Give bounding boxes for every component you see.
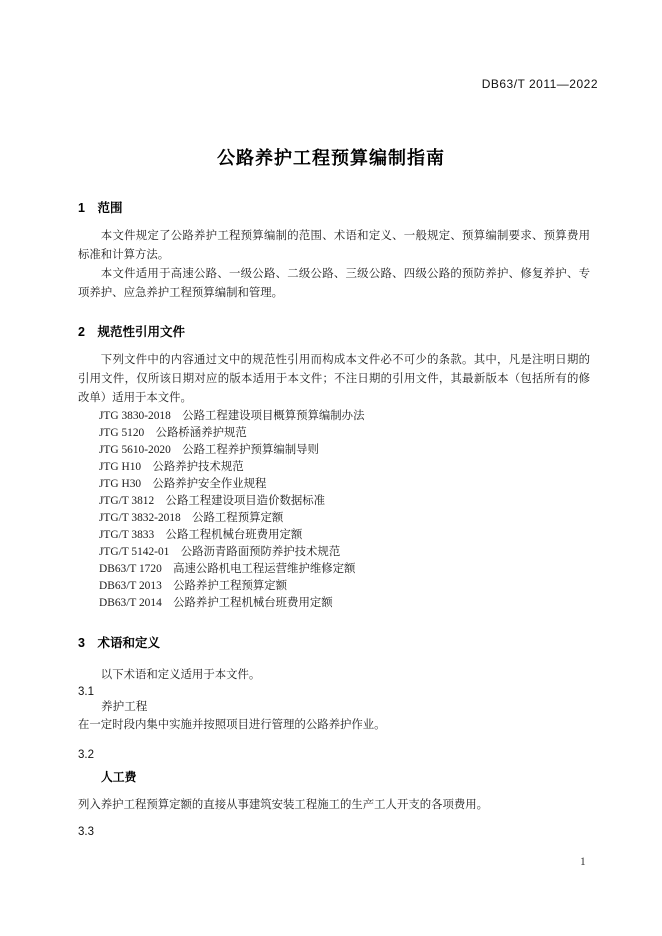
term-number-3-3: 3.3 <box>78 824 94 840</box>
reference-item: JTG/T 5142-01 公路沥青路面预防养护技术规范 <box>99 544 594 561</box>
section-3-intro-paragraph: 以下术语和定义适用于本文件。 <box>78 666 590 685</box>
term-definition-maintenance-project: 在一定时段内集中实施并按照项目进行管理的公路养护作业。 <box>78 716 590 735</box>
term-definition-labor-cost: 列入养护工程预算定额的直接从事建筑安装工程施工的生产工人开支的各项费用。 <box>78 796 590 815</box>
reference-item: JTG/T 3832-2018 公路工程预算定额 <box>99 510 594 527</box>
document-page: DB63/T 2011—2022 公路养护工程预算编制指南 1 范围 本文件规定… <box>0 0 662 936</box>
term-number-3-2: 3.2 <box>78 747 94 763</box>
section-1-heading: 1 范围 <box>78 198 122 216</box>
reference-item: JTG/T 3812 公路工程建设项目造价数据标准 <box>99 493 594 510</box>
reference-item: DB63/T 1720 高速公路机电工程运营维护维修定额 <box>99 561 594 578</box>
page-number: 1 <box>580 856 586 868</box>
section-3-heading: 3 术语和定义 <box>78 633 160 651</box>
term-number-3-1: 3.1 <box>78 684 94 700</box>
section-1-paragraph-applicability: 本文件适用于高速公路、一级公路、二级公路、三级公路、四级公路的预防养护、修复养护… <box>78 265 590 303</box>
section-1-body: 本文件规定了公路养护工程预算编制的范围、术语和定义、一般规定、预算编制要求、预算… <box>78 227 590 303</box>
reference-item: JTG 3830-2018 公路工程建设项目概算预算编制办法 <box>99 408 594 425</box>
term-name-maintenance-project: 养护工程 <box>101 699 147 715</box>
standard-code: DB63/T 2011—2022 <box>482 77 598 91</box>
reference-item: JTG H10 公路养护技术规范 <box>99 459 594 476</box>
reference-item: DB63/T 2014 公路养护工程机械台班费用定额 <box>99 595 594 612</box>
reference-item: JTG/T 3833 公路工程机械台班费用定额 <box>99 527 594 544</box>
reference-list: JTG 3830-2018 公路工程建设项目概算预算编制办法 JTG 5120 … <box>99 408 594 612</box>
section-1-paragraph-scope: 本文件规定了公路养护工程预算编制的范围、术语和定义、一般规定、预算编制要求、预算… <box>78 227 590 265</box>
term-name-labor-cost: 人工费 <box>101 769 136 785</box>
section-2-intro-paragraph: 下列文件中的内容通过文中的规范性引用而构成本文件必不可少的条款。其中，凡是注明日… <box>78 351 590 408</box>
reference-item: JTG H30 公路养护安全作业规程 <box>99 476 594 493</box>
section-2-heading: 2 规范性引用文件 <box>78 322 185 340</box>
reference-item: DB63/T 2013 公路养护工程预算定额 <box>99 578 594 595</box>
reference-item: JTG 5610-2020 公路工程养护预算编制导则 <box>99 442 594 459</box>
document-title: 公路养护工程预算编制指南 <box>0 144 662 170</box>
reference-item: JTG 5120 公路桥涵养护规范 <box>99 425 594 442</box>
